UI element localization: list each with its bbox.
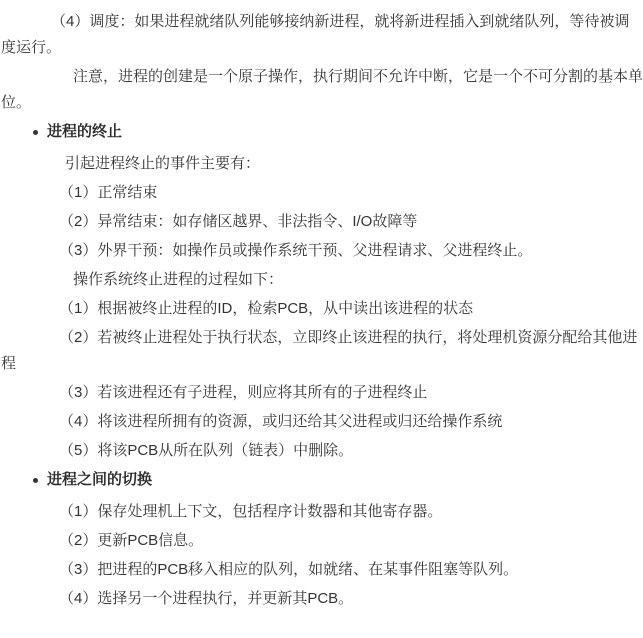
bullet-heading-process-termination: 进程的终止 bbox=[1, 119, 643, 145]
paragraph-line: （4）选择另一个进程执行，并更新其PCB。 bbox=[1, 586, 643, 612]
paragraph-line: 位。 bbox=[1, 90, 643, 116]
paragraph-line: （2）更新PCB信息。 bbox=[1, 528, 643, 554]
paragraph-line: （1）正常结束 bbox=[1, 180, 643, 206]
paragraph-note: 注意，进程的创建是一个原子操作，执行期间不允许中断，它是一个不可分割的基本单 位… bbox=[1, 64, 643, 116]
list-item: （2）更新PCB信息。 bbox=[1, 528, 643, 554]
list-item: （1）根据被终止进程的ID，检索PCB，从中读出该进程的状态 bbox=[1, 296, 643, 322]
list-item: （4）选择另一个进程执行，并更新其PCB。 bbox=[1, 586, 643, 612]
list-item: （3）若该进程还有子进程，则应将其所有的子进程终止 bbox=[1, 380, 643, 406]
paragraph-line: 注意，进程的创建是一个原子操作，执行期间不允许中断，它是一个不可分割的基本单 bbox=[1, 64, 643, 90]
paragraph-line: 度运行。 bbox=[1, 35, 643, 61]
bullet-icon bbox=[33, 478, 38, 483]
paragraph-schedule: （4）调度：如果进程就绪队列能够接纳新进程，就将新进程插入到就绪队列，等待被调 … bbox=[1, 9, 643, 61]
bullet-icon bbox=[33, 130, 38, 135]
bullet-heading-label: 进程之间的切换 bbox=[47, 471, 152, 488]
paragraph-line: 程 bbox=[1, 351, 643, 377]
paragraph-line: （1）保存处理机上下文，包括程序计数器和其他寄存器。 bbox=[1, 499, 643, 525]
paragraph-line: （2）若被终止进程处于执行状态，立即终止该进程的执行，将处理机资源分配给其他进 bbox=[1, 325, 643, 351]
paragraph-line: （3）外界干预：如操作员或操作系统干预、父进程请求、父进程终止。 bbox=[1, 238, 643, 264]
paragraph-line: （1）根据被终止进程的ID，检索PCB，从中读出该进程的状态 bbox=[1, 296, 643, 322]
paragraph-line: （3）把进程的PCB移入相应的队列，如就绪、在某事件阻塞等队列。 bbox=[1, 557, 643, 583]
list-item: （1）保存处理机上下文，包括程序计数器和其他寄存器。 bbox=[1, 499, 643, 525]
document-body: （4）调度：如果进程就绪队列能够接纳新进程，就将新进程插入到就绪队列，等待被调 … bbox=[0, 0, 643, 612]
paragraph-line: （4）调度：如果进程就绪队列能够接纳新进程，就将新进程插入到就绪队列，等待被调 bbox=[1, 9, 643, 35]
paragraph-termination-procedure-intro: 操作系统终止进程的过程如下： bbox=[1, 267, 643, 293]
paragraph-line: 操作系统终止进程的过程如下： bbox=[1, 267, 643, 293]
paragraph-line: （5）将该PCB从所在队列（链表）中删除。 bbox=[1, 438, 643, 464]
list-item: （3）外界干预：如操作员或操作系统干预、父进程请求、父进程终止。 bbox=[1, 238, 643, 264]
list-item: （4）将该进程所拥有的资源，或归还给其父进程或归还给操作系统 bbox=[1, 409, 643, 435]
list-item: （2）异常结束：如存储区越界、非法指令、I/O故障等 bbox=[1, 209, 643, 235]
list-item: （5）将该PCB从所在队列（链表）中删除。 bbox=[1, 438, 643, 464]
list-item: （2）若被终止进程处于执行状态，立即终止该进程的执行，将处理机资源分配给其他进 … bbox=[1, 325, 643, 377]
list-item: （1）正常结束 bbox=[1, 180, 643, 206]
bullet-heading-process-switching: 进程之间的切换 bbox=[1, 467, 643, 493]
paragraph-line: （3）若该进程还有子进程，则应将其所有的子进程终止 bbox=[1, 380, 643, 406]
paragraph-termination-events-intro: 引起进程终止的事件主要有： bbox=[1, 151, 643, 177]
list-item: （3）把进程的PCB移入相应的队列，如就绪、在某事件阻塞等队列。 bbox=[1, 557, 643, 583]
bullet-heading-label: 进程的终止 bbox=[47, 123, 122, 140]
paragraph-line: 引起进程终止的事件主要有： bbox=[1, 151, 643, 177]
paragraph-line: （4）将该进程所拥有的资源，或归还给其父进程或归还给操作系统 bbox=[1, 409, 643, 435]
paragraph-line: （2）异常结束：如存储区越界、非法指令、I/O故障等 bbox=[1, 209, 643, 235]
